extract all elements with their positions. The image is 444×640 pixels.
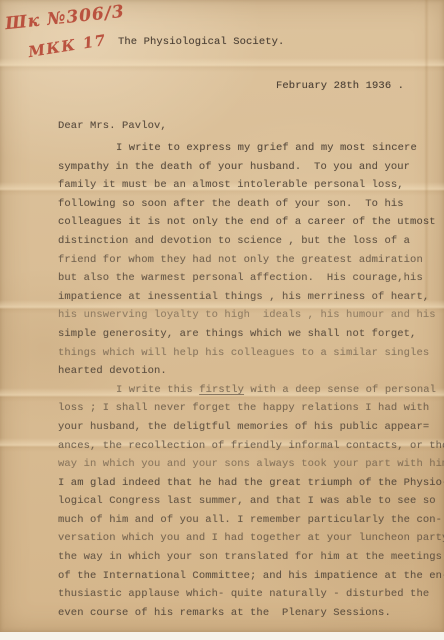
letter-line: distinction and devotion to science , bu… [58,232,434,251]
letter-line: hearted devotion. [58,362,434,381]
letter-line: family it must be an almost intolerable … [58,176,434,195]
letter-line: logical Congress last summer, and that I… [58,492,434,511]
letter-line: way in which you and your sons always to… [58,455,434,474]
paper-crease [0,58,444,72]
letter-line: ances, the recollection of friendly info… [58,437,434,456]
letter-line: even course of his remarks at the Plenar… [58,604,434,623]
letter-line: loss ; I shall never forget the happy re… [58,399,434,418]
letter-line: of the International Committee; and his … [58,567,434,586]
letter-line: things which will help his colleagues to… [58,344,434,363]
letter-line: much of him and of you all. I remember p… [58,511,434,530]
letter-line: colleagues it is not only the end of a c… [58,213,434,232]
letter-line: the way in which your son translated for… [58,548,434,567]
letter-paper: Шк №306/3 МКК 17 The Physiological Socie… [0,0,444,632]
salutation: Dear Mrs. Pavlov, [58,120,167,132]
letter-line: your husband, the deligtful memories of … [58,418,434,437]
letter-line: versation which you and I had together a… [58,529,434,548]
letter-line: I write this firstly with a deep sense o… [58,381,434,400]
letter-line: but also the warmest personal affection.… [58,269,434,288]
letter-line: simple generosity, are things which we s… [58,325,434,344]
letter-date: February 28th 1936 . [276,80,404,92]
letter-line: thusiastic applause which- quite natural… [58,585,434,604]
archival-mark-bottom: МКК 17 [27,31,108,61]
letter-line: impatience at inessential things , his m… [58,288,434,307]
scan-background-strip [0,632,444,640]
organization-name: The Physiological Society. [118,36,284,48]
letter-line: I write to express my grief and my most … [58,139,434,158]
letter-line: sympathy in the death of your husband. T… [58,158,434,177]
letter-line: following so soon after the death of you… [58,195,434,214]
letter-body: I write to express my grief and my most … [58,139,434,622]
letter-line: his unswerving loyalty to high ideals , … [58,306,434,325]
archival-mark-top: Шк №306/3 [4,2,125,34]
scanned-letter-page: { "archival_marks": { "line1": "Шк №306/… [0,0,444,640]
letter-line: I am glad indeed that he had the great t… [58,474,434,493]
letter-line: friend for whom they had not only the gr… [58,251,434,270]
